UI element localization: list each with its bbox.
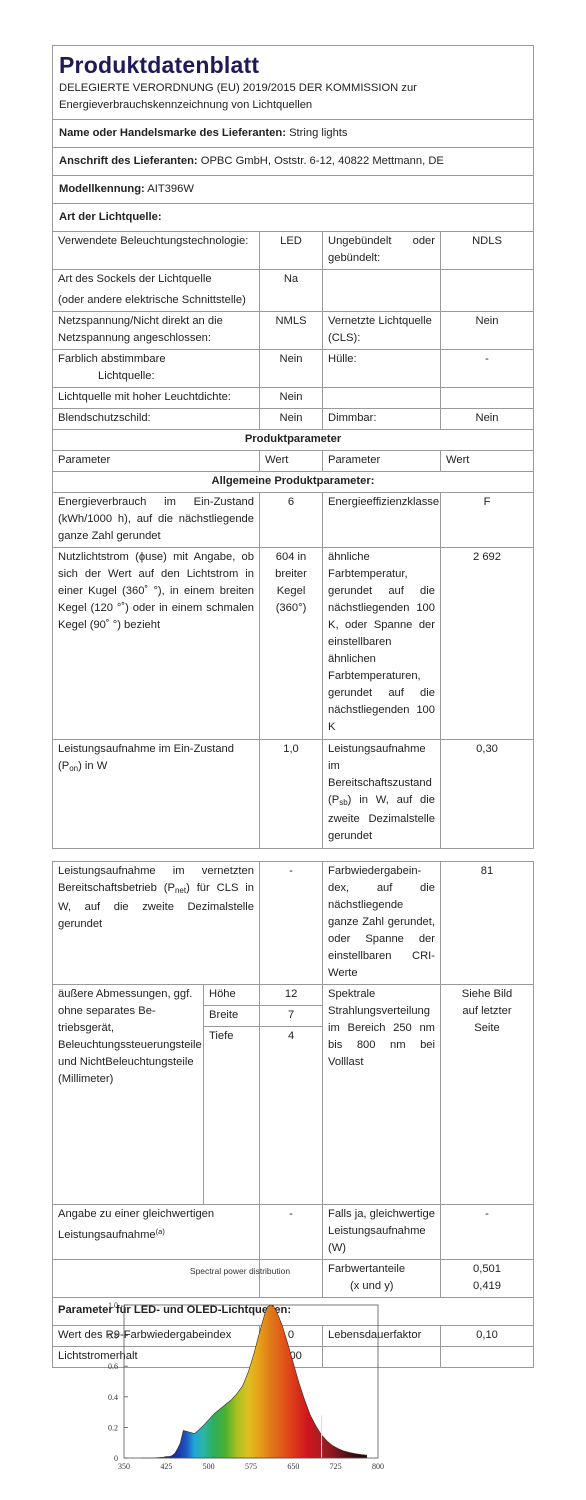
spectral-plot: 00.20.40.60.81.0350425500575650725800 [0,1255,586,1500]
column-header: Parameter [323,451,441,472]
table-row: Netzspannung/Nicht direkt an die Netzspa… [53,312,534,350]
param-cell: Energieverbrauch im Ein-Zustand (kWh/100… [53,493,260,548]
param-cell: Energieeffizienzklasse [323,493,441,548]
regulation-line-1: DELEGIERTE VERORDNUNG (EU) 2019/2015 DER… [59,80,527,97]
title-cell: Produktdatenblatt DELEGIERTE VERORDNUNG … [53,46,534,120]
y-tick-label: 0.6 [108,1362,118,1371]
dimension-row: Breite 7 [204,1006,322,1027]
table-row: Blendschutzschild: Nein Dimmbar: Nein [53,409,534,430]
value-cell: 6 [260,493,323,548]
x-tick-label: 350 [118,1462,130,1471]
value-cell: 0,30 [441,740,534,849]
dimension-label: Breite [204,1006,260,1027]
supplier-name-label: Name oder Handelsmarke des Lieferanten: [59,127,286,139]
y-tick-label: 0.8 [108,1332,118,1341]
spectrum-area [141,1305,367,1458]
column-header: Wert [260,451,323,472]
value-cell: NDLS [441,232,534,270]
value-cell: Nein [441,312,534,350]
param-text: Farblich abstimmbare [58,351,166,368]
light-source-table: Verwendete Beleuchtungstechnologie: LED … [52,231,534,849]
param-text: ) in W [78,760,107,772]
param-cell [323,388,441,409]
x-tick-label: 500 [203,1462,215,1471]
param-line: Farblich abstimmbare [58,351,218,368]
section-header-row: Produktparameter [53,430,534,451]
section-title: Produktparameter [53,430,534,451]
value-cell: - [441,1205,534,1260]
regulation-line-2: Energieverbrauchskennzeichnung von Licht… [59,97,527,114]
supplier-name-row: Name oder Handelsmarke des Lieferanten: … [53,120,534,148]
value-cell: Siehe Bild auf letzter Seite [441,985,534,1205]
chart-title: Spectral power distribution [80,1263,400,1280]
param-cell: äußere Abmessungen, ggf. ohne separates … [53,985,204,1205]
table-row: Angabe zu einer gleichwertigen Leistungs… [53,1205,534,1260]
table-row: Lichtquelle mit hoher Leuchtdichte: Nein [53,388,534,409]
light-source-type-row: Art der Lichtquelle: [53,204,534,232]
page-title: Produktdatenblatt [59,50,527,80]
light-source-type-label: Art der Lichtquelle: [59,211,162,223]
x-tick-label: 725 [330,1462,342,1471]
dimensions-table: Höhe 12 Breite 7 Tiefe 4 [204,985,322,1204]
subscript: sb [339,798,347,807]
param-cell: Art des Sockels der Lichtquelle (oder an… [53,270,260,312]
param-cell: Leistungsaufnahme im Ein-Zustand (Pon) i… [53,740,260,849]
param-cell: Ungebündelt oder gebündelt: [323,232,441,270]
param-text: Angabe zu einer gleichwertigen Leistungs… [58,1208,214,1241]
column-header: Parameter [53,451,260,472]
table-row: Nutzlichtstrom (ϕuse) mit Angabe, ob sic… [53,548,534,740]
table-row: Farblich abstimmbare Lichtquelle: Nein H… [53,350,534,388]
param-line: Art des Sockels der Lichtquelle [58,271,254,288]
subscript: net [175,886,186,895]
header-table: Produktdatenblatt DELEGIERTE VERORDNUNG … [52,45,534,232]
value-cell: 81 [441,862,534,985]
param-cell: Lichtquelle mit hoher Leuchtdichte: [53,388,260,409]
dimension-value: 4 [260,1027,322,1205]
section-header-row: Allgemeine Produktparameter: [53,472,534,493]
value-cell: 2 692 [441,548,534,740]
x-tick-label: 575 [245,1462,257,1471]
dimension-label: Höhe [204,985,260,1006]
value-cell: - [260,1205,323,1260]
param-line: (oder andere elektrische Schnittstelle) [58,292,254,309]
value-cell: - [260,862,323,985]
param-cell: Spektrale Strahlungsverteilung im Bereic… [323,985,441,1205]
value-cell: 604 in breiter Kegel (360°) [260,548,323,740]
value-cell [441,270,534,312]
param-cell: ähnliche Farbtemperatur, gerundet auf di… [323,548,441,740]
value-cell [441,388,534,409]
x-tick-label: 425 [160,1462,172,1471]
subscript: on [69,764,78,773]
dimensions-cell: Höhe 12 Breite 7 Tiefe 4 [204,985,323,1205]
x-tick-label: 650 [287,1462,299,1471]
superscript: (a) [156,1227,165,1236]
value-cell: Nein [441,409,534,430]
section-title: Allgemeine Produktparameter: [53,472,534,493]
table-row: äußere Abmessungen, ggf. ohne separates … [53,985,534,1205]
param-cell: Blendschutzschild: [53,409,260,430]
y-tick-label: 0.2 [108,1423,118,1432]
model-label: Modellkennung: [59,183,145,195]
table-row: Art des Sockels der Lichtquelle (oder an… [53,270,534,312]
param-cell: Leistungsaufnahme im vernetzten Bereitsc… [53,862,260,985]
param-cell [323,270,441,312]
value-cell: - [441,350,534,388]
product-data-sheet: Produktdatenblatt DELEGIERTE VERORDNUNG … [52,45,533,1368]
x-tick-label: 800 [372,1462,384,1471]
supplier-address-value: OPBC GmbH, Oststr. 6-12, 40822 Mettmann,… [201,155,444,167]
param-cell: Angabe zu einer gleichwertigen Leistungs… [53,1205,260,1260]
model-row: Modellkennung: AIT396W [53,176,534,204]
supplier-name-value: String lights [289,127,347,139]
value-cell: 1,0 [260,740,323,849]
dimension-value: 12 [260,985,322,1006]
param-cell: Dimmbar: [323,409,441,430]
value-cell: NMLS [260,312,323,350]
spectral-chart: Spectral power distribution 00.20.40.60.… [0,1255,586,1500]
param-cell: Hülle: [323,350,441,388]
value-cell: Na [260,270,323,312]
param-line: Lichtquelle: [58,368,155,385]
table-row: Energieverbrauch im Ein-Zustand (kWh/100… [53,493,534,548]
table-row: Leistungsaufnahme im Ein-Zustand (Pon) i… [53,740,534,849]
param-cell: Farbwiedergabein-dex, auf die nächstlieg… [323,862,441,985]
model-value: AIT396W [147,183,194,195]
dimension-label: Tiefe [204,1027,260,1205]
value-cell: Nein [260,388,323,409]
dimension-value: 7 [260,1006,322,1027]
supplier-address-row: Anschrift des Lieferanten: OPBC GmbH, Os… [53,148,534,176]
column-header: Wert [441,451,534,472]
param-cell: Vernetzte Lichtquelle (CLS): [323,312,441,350]
value-cell: F [441,493,534,548]
param-cell: Verwendete Beleuchtungstechnologie: [53,232,260,270]
dimension-row: Tiefe 4 [204,1027,322,1205]
param-cell: Leistungsaufnahme im Bereitschaftszustan… [323,740,441,849]
table-row: Leistungsaufnahme im vernetzten Bereitsc… [53,862,534,985]
value-cell: Nein [260,409,323,430]
value-cell: Nein [260,350,323,388]
param-cell: Netzspannung/Nicht direkt an die Netzspa… [53,312,260,350]
column-header-row: Parameter Wert Parameter Wert [53,451,534,472]
y-tick-label: 1.0 [108,1301,118,1310]
value-cell: LED [260,232,323,270]
param-cell: Farblich abstimmbare Lichtquelle: [53,350,260,388]
dimension-row: Höhe 12 [204,985,322,1006]
y-tick-label: 0.4 [108,1393,118,1402]
param-cell: Falls ja, gleichwertige Leistungsaufnahm… [323,1205,441,1260]
table-row: Verwendete Beleuchtungstechnologie: LED … [53,232,534,270]
supplier-address-label: Anschrift des Lieferanten: [59,155,198,167]
param-cell: Nutzlichtstrom (ϕuse) mit Angabe, ob sic… [53,548,260,740]
